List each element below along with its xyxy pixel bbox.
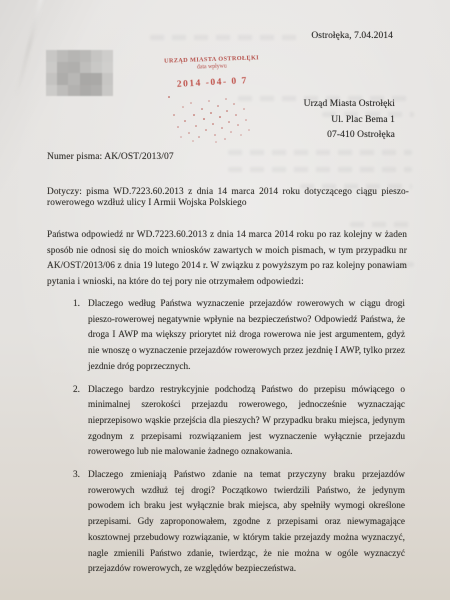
redaction-pixelated-block	[46, 50, 113, 96]
bleed-through-text	[150, 35, 300, 40]
recipient-name: Urząd Miasta Ostrołęki	[304, 97, 395, 113]
bleed-through-text	[228, 150, 412, 155]
recipient-street: Ul. Plac Bema 1	[304, 113, 395, 129]
intro-paragraph: Państwa odpowiedź nr WD.7223.60.2013 z d…	[47, 228, 407, 290]
paper-crease	[15, 0, 45, 99]
question-text: Dlaczego zmieniają Państwo zdanie na tem…	[88, 470, 405, 574]
bleed-through-text	[350, 222, 412, 227]
question-item-2: 2. Dlaczego bardzo restrykcyjnie podchod…	[73, 383, 405, 462]
question-item-3: 3. Dlaczego zmieniają Państwo zdanie na …	[73, 468, 405, 578]
recipient-city: 07-410 Ostrołęka	[304, 128, 395, 144]
scanned-letter-page: Ostrołęka, 7.04.2014 URZĄD MIASTA OSTROŁ…	[0, 0, 450, 600]
letter-city-date: Ostrołęka, 7.04.2014	[311, 31, 393, 41]
question-number: 1.	[73, 297, 80, 313]
stamp-ink-speckles	[168, 96, 172, 100]
question-number: 2.	[73, 383, 80, 399]
recipient-address: Urząd Miasta Ostrołęki Ul. Plac Bema 1 0…	[304, 97, 395, 144]
bleed-through-text	[228, 167, 412, 172]
subject-line: Dotyczy: pisma WD.7223.60.2013 z dnia 14…	[47, 187, 409, 208]
question-text: Dlaczego bardzo restrykcyjnie podchodzą …	[88, 385, 405, 458]
question-number: 3.	[73, 468, 80, 484]
question-text: Dlaczego według Państwa wyznaczenie prze…	[88, 299, 405, 372]
stamp-date: 2014 -04- 0 7	[146, 75, 278, 92]
reference-number-line: Numer pisma: AK/OST/2013/07	[47, 152, 174, 162]
question-item-1: 1. Dlaczego według Państwa wyznaczenie p…	[73, 297, 405, 376]
intake-stamp: URZĄD MIASTA OSTROŁĘKI data wpływu 2014 …	[145, 54, 278, 91]
questions-list: 1. Dlaczego według Państwa wyznaczenie p…	[73, 297, 405, 585]
